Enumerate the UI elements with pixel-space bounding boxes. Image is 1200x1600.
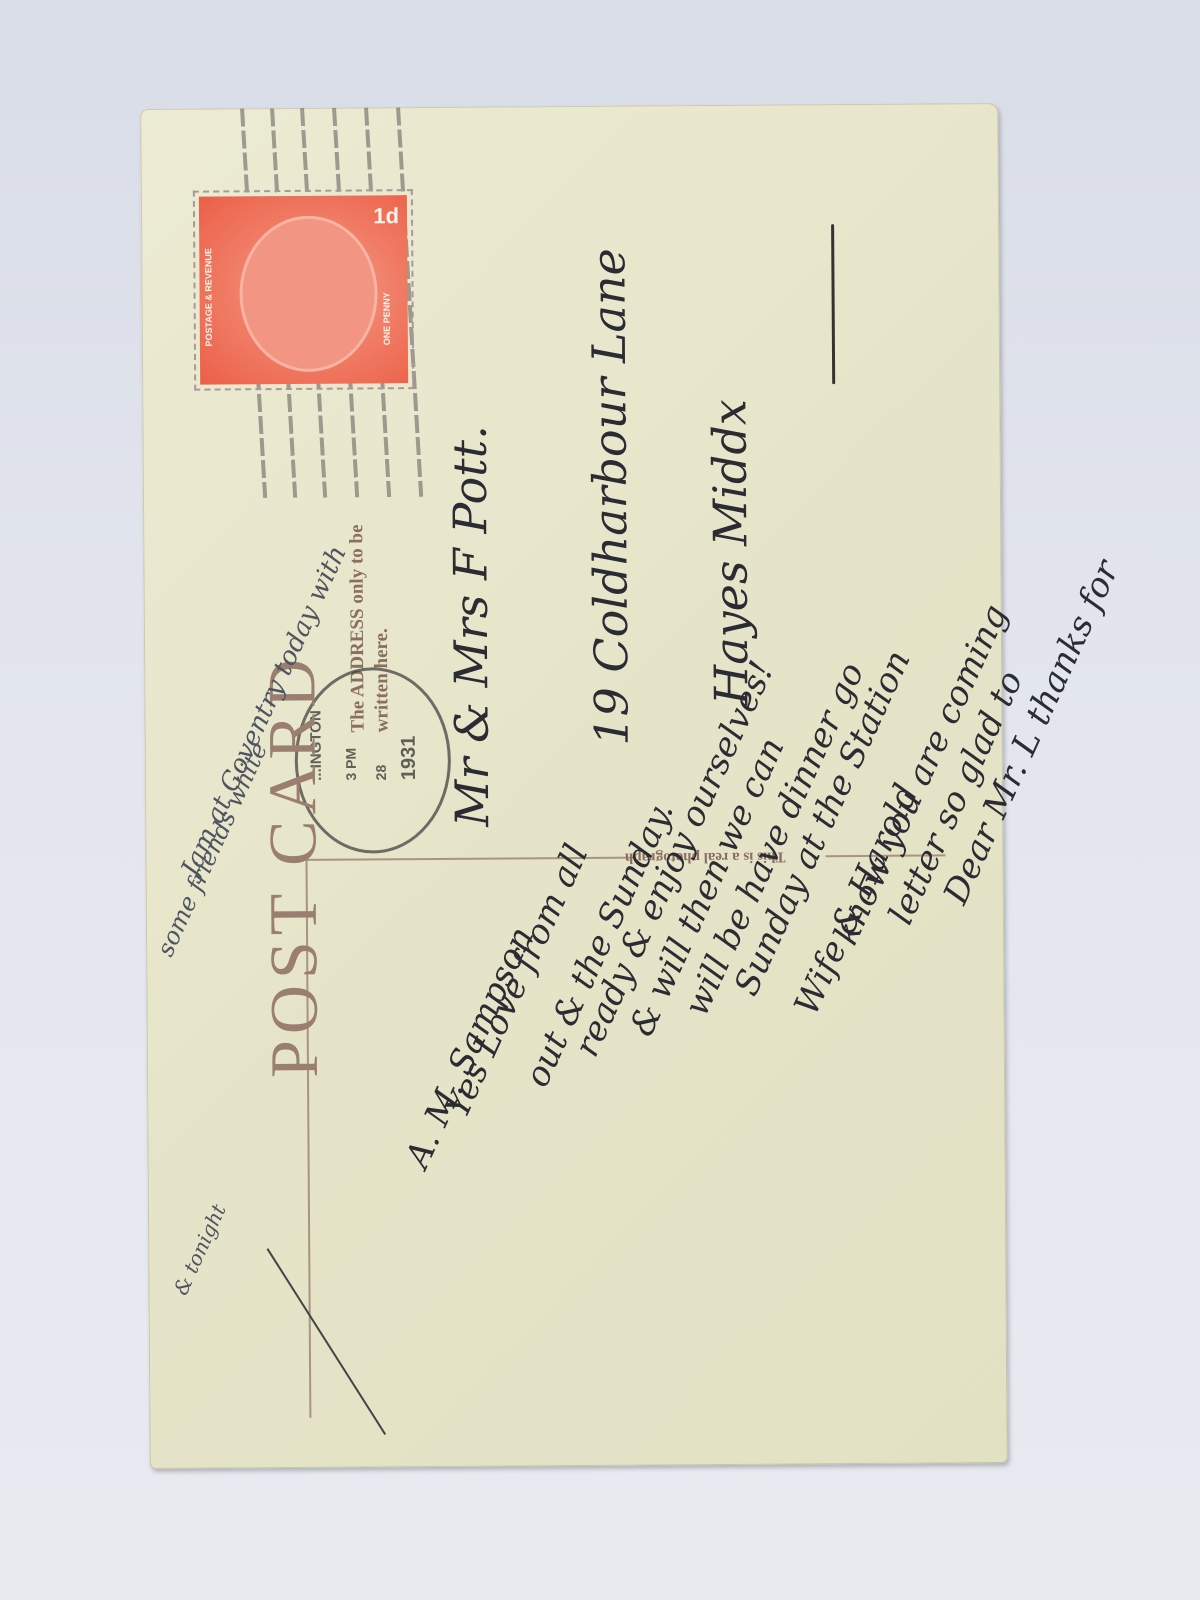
message-signature: A. M. Sampson [398, 921, 543, 1174]
address-line-street: 19 Coldharbour Lane [581, 248, 638, 746]
stamp-country-text: POSTAGE & REVENUE [203, 248, 214, 346]
postmark-time: 3 PM [343, 748, 359, 781]
address-line-name: Mr & Mrs F Pott. [442, 425, 499, 827]
message-divider-stroke [267, 1248, 387, 1435]
postmark-year: 1931 [398, 736, 421, 781]
stamp-value-text: ONE PENNY [382, 292, 392, 345]
postage-stamp: POSTAGE & REVENUE ONE PENNY 1d [193, 189, 414, 391]
address-underline [831, 224, 835, 384]
postmark-date: 28 [373, 765, 389, 781]
king-portrait-icon [239, 215, 378, 372]
postcard: POSTAGE & REVENUE ONE PENNY 1d The ADDRE… [140, 103, 1007, 1469]
stamp-value-numeral: 1d [373, 203, 399, 229]
side-note-line: & tonight [169, 1200, 231, 1298]
